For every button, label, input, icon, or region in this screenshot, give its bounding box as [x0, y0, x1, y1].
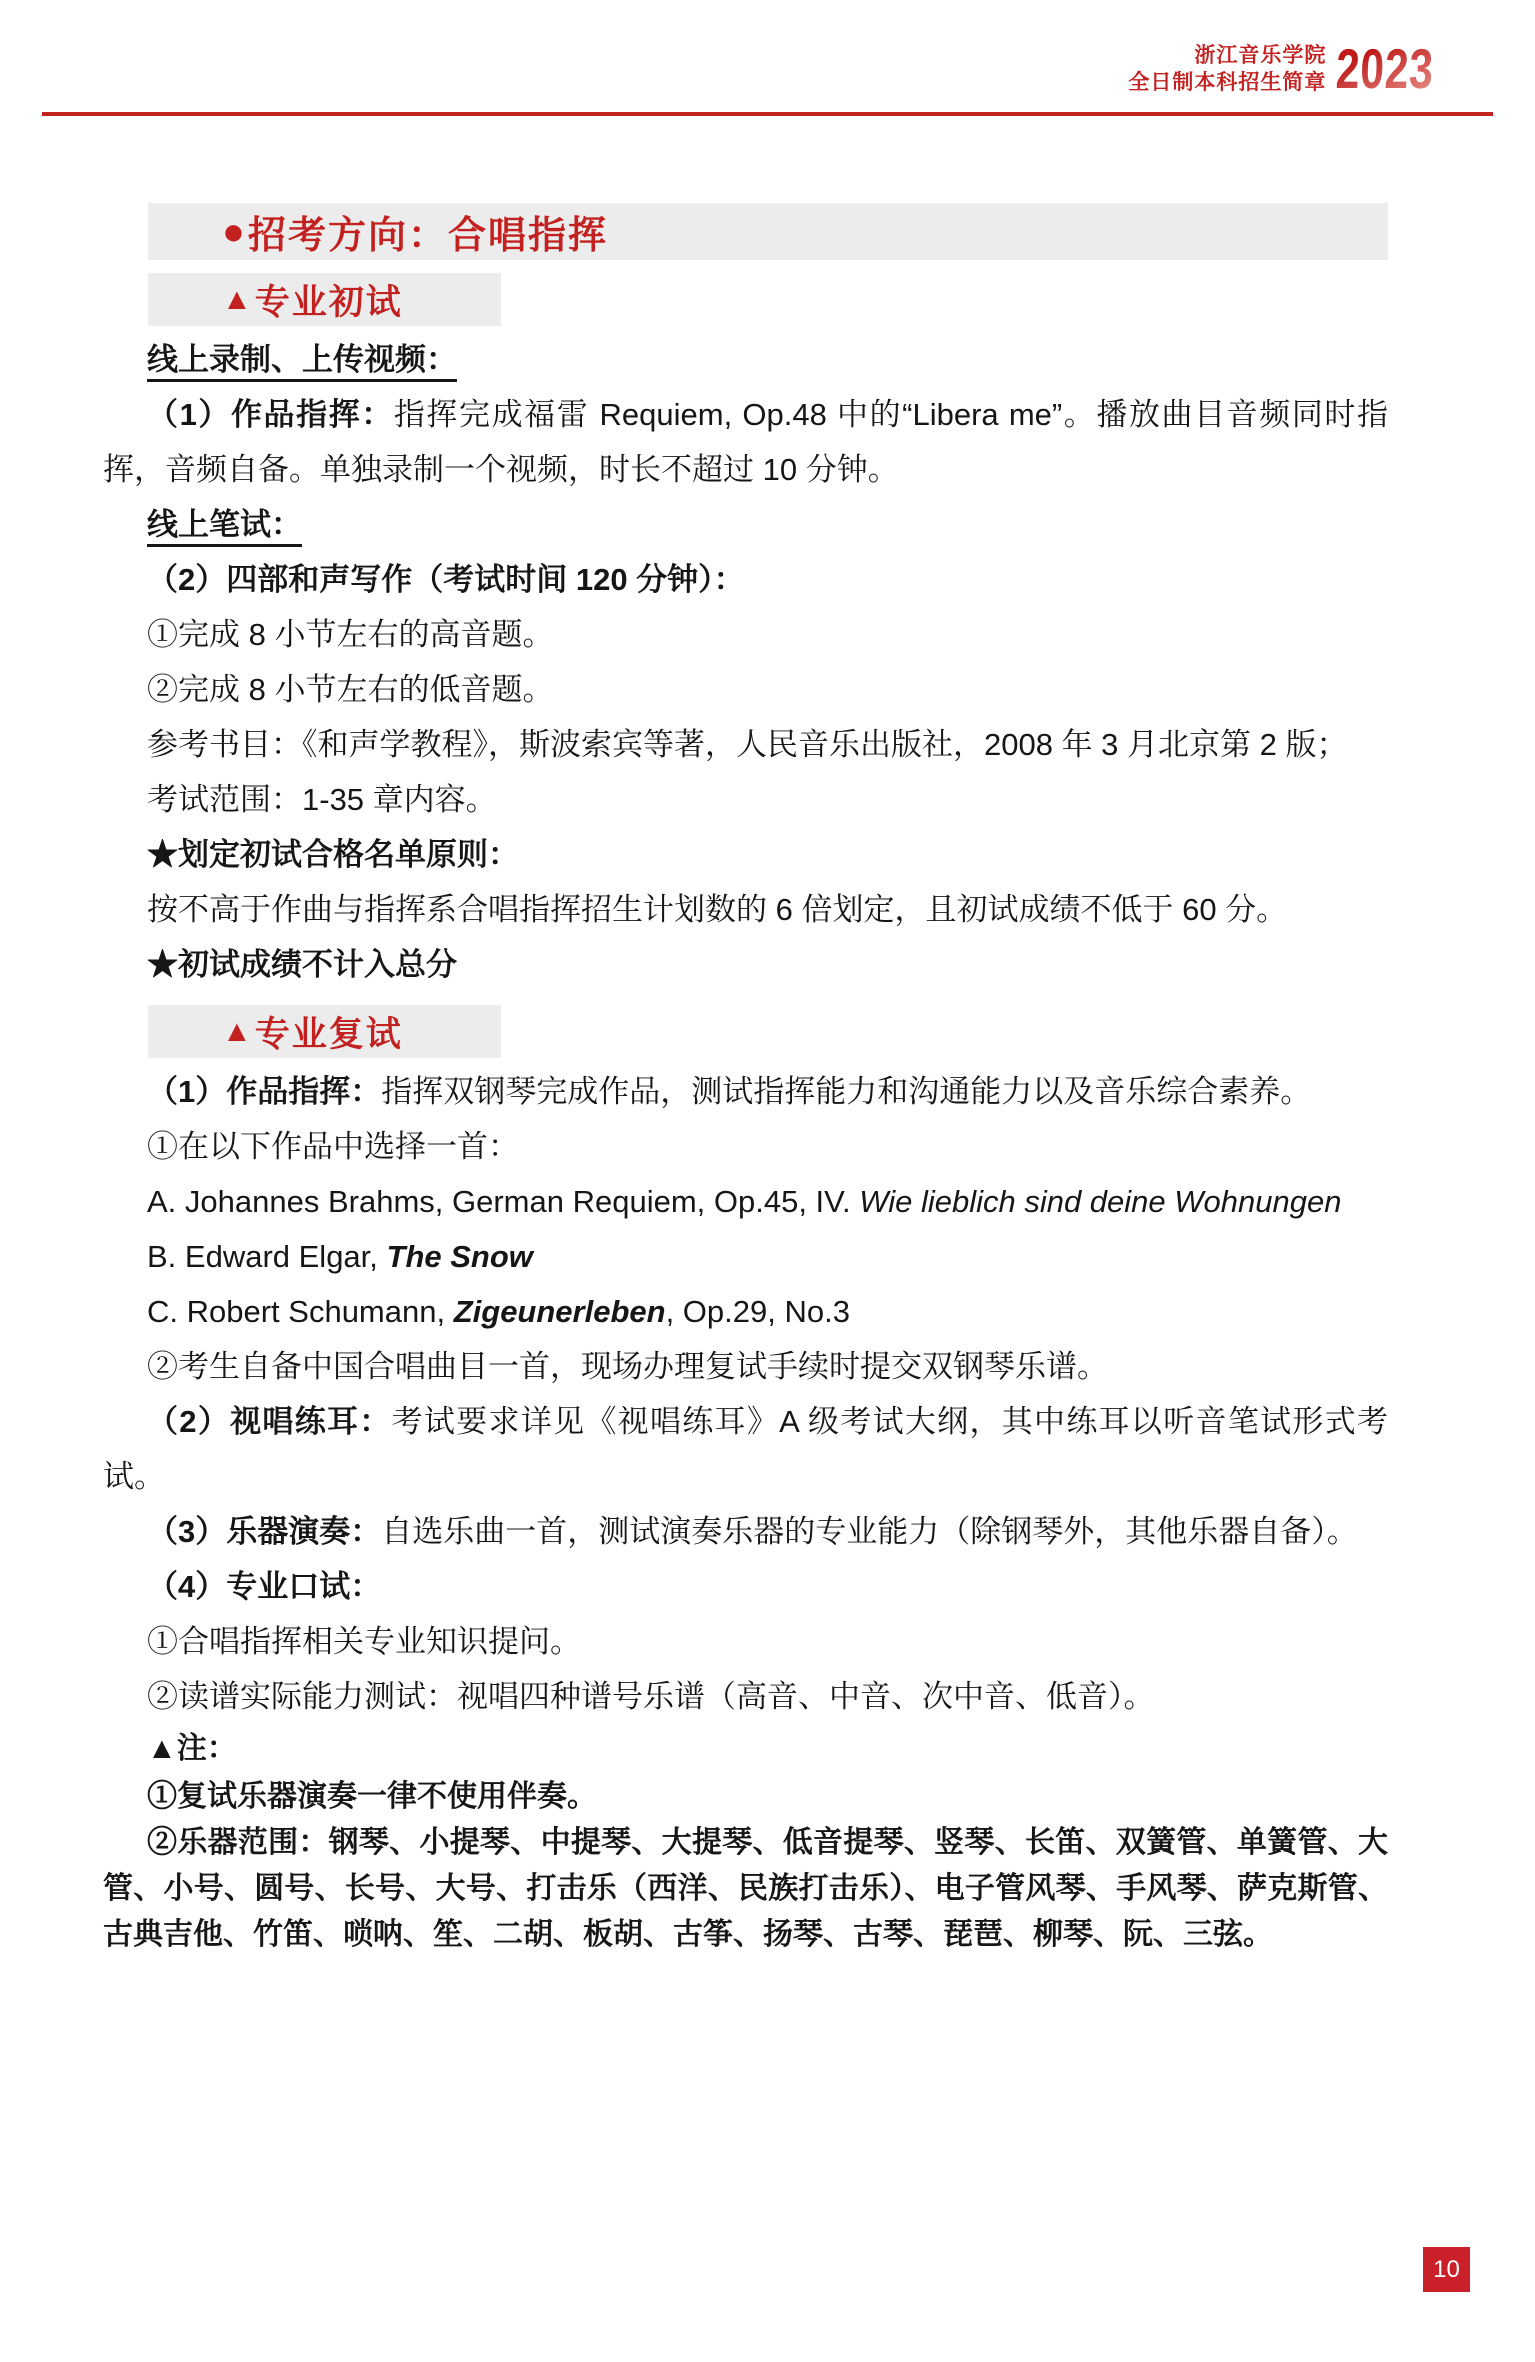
text-run: ②考生自备中国合唱曲目一首，现场办理复试手续时提交双钢琴乐谱。	[147, 1349, 1108, 1384]
text-run: C. Robert Schumann,	[147, 1294, 454, 1329]
header-org-line2: 全日制本科招生简章	[1128, 69, 1326, 96]
text-run: Zigeunerleben	[454, 1294, 666, 1329]
text-run: ②读谱实际能力测试：视唱四种谱号乐谱（高音、中音、次中音、低音）。	[147, 1679, 1155, 1714]
paragraph: （1）作品指挥：指挥双钢琴完成作品，测试指挥能力和沟通能力以及音乐综合素养。	[103, 1064, 1388, 1119]
paragraph: ①在以下作品中选择一首：	[103, 1119, 1388, 1174]
paragraph: 线上录制、上传视频：	[103, 332, 1388, 387]
section-final-exam: ▲ 专业复试 （1）作品指挥：指挥双钢琴完成作品，测试指挥能力和沟通能力以及音乐…	[103, 1005, 1388, 1958]
main-heading-title: 招考方向：合唱指挥	[248, 204, 608, 259]
paragraph: ②乐器范围：钢琴、小提琴、中提琴、大提琴、低音提琴、竖琴、长笛、双簧管、单簧管、…	[103, 1820, 1388, 1958]
document-body: ● 招考方向：合唱指挥 ▲ 专业初试 线上录制、上传视频：（1）作品指挥：指挥完…	[103, 203, 1388, 1958]
paragraph: （3）乐器演奏：自选乐曲一首，测试演奏乐器的专业能力（除钢琴外，其他乐器自备）。	[103, 1504, 1388, 1559]
paragraph: （4）专业口试：	[103, 1559, 1388, 1614]
paragraph: C. Robert Schumann, Zigeunerleben, Op.29…	[103, 1284, 1388, 1339]
text-run: （1）作品指挥：	[147, 397, 394, 432]
text-run: B. Edward Elgar,	[147, 1239, 387, 1274]
page-header: 浙江音乐学院 全日制本科招生简章 2023	[1128, 42, 1465, 96]
text-run: 线上录制、上传视频：	[147, 342, 457, 377]
text-run: 参考书目：《和声学教程》，斯波索宾等著，人民音乐出版社，2008 年 3 月北京…	[147, 727, 1348, 762]
text-run: 按不高于作曲与指挥系合唱指挥招生计划数的 6 倍划定，且初试成绩不低于 60 分…	[147, 892, 1287, 927]
section-paragraphs: （1）作品指挥：指挥双钢琴完成作品，测试指挥能力和沟通能力以及音乐综合素养。①在…	[103, 1064, 1388, 1958]
paragraph: ①复试乐器演奏一律不使用伴奏。	[103, 1774, 1388, 1820]
main-heading-bar: ● 招考方向：合唱指挥	[148, 203, 1388, 260]
paragraph: （2）视唱练耳：考试要求详见《视唱练耳》A 级考试大纲，其中练耳以听音笔试形式考…	[103, 1394, 1388, 1504]
section-title: 专业初试	[255, 275, 403, 325]
text-run: , Op.29, No.3	[666, 1294, 850, 1329]
document-page: 浙江音乐学院 全日制本科招生简章 2023 ● 招考方向：合唱指挥 ▲ 专业初试…	[0, 0, 1535, 2362]
paragraph: 参考书目：《和声学教程》，斯波索宾等著，人民音乐出版社，2008 年 3 月北京…	[103, 717, 1388, 772]
text-run: ★初试成绩不计入总分	[147, 947, 457, 982]
text-run: ▲注：	[147, 1732, 237, 1765]
text-run: The Snow	[387, 1239, 533, 1274]
text-run: ★划定初试合格名单原则：	[147, 837, 519, 872]
text-run: ②完成 8 小节左右的低音题。	[147, 672, 553, 707]
paragraph: ②完成 8 小节左右的低音题。	[103, 662, 1388, 717]
text-run: ①合唱指挥相关专业知识提问。	[147, 1624, 581, 1659]
triangle-icon: ▲	[222, 285, 252, 315]
text-run: 考试范围：1-35 章内容。	[147, 782, 497, 817]
paragraph: ②考生自备中国合唱曲目一首，现场办理复试手续时提交双钢琴乐谱。	[103, 1339, 1388, 1394]
text-run: 线上笔试：	[147, 507, 302, 542]
section-preliminary-exam: ▲ 专业初试 线上录制、上传视频：（1）作品指挥：指挥完成福雷 Requiem,…	[103, 273, 1388, 992]
header-year: 2023	[1335, 43, 1435, 95]
header-divider-rule	[42, 112, 1493, 116]
paragraph: ②读谱实际能力测试：视唱四种谱号乐谱（高音、中音、次中音、低音）。	[103, 1669, 1388, 1724]
text-run: （4）专业口试：	[147, 1569, 381, 1604]
text-run: ②乐器范围：钢琴、小提琴、中提琴、大提琴、低音提琴、竖琴、长笛、双簧管、单簧管、…	[103, 1826, 1388, 1951]
text-run: 自选乐曲一首，测试演奏乐器的专业能力（除钢琴外，其他乐器自备）。	[381, 1514, 1358, 1549]
section-paragraphs: 线上录制、上传视频：（1）作品指挥：指挥完成福雷 Requiem, Op.48 …	[103, 332, 1388, 992]
text-run: （1）作品指挥：	[147, 1074, 381, 1109]
paragraph: ★划定初试合格名单原则：	[103, 827, 1388, 882]
header-org-line1: 浙江音乐学院	[1128, 42, 1326, 69]
paragraph: 按不高于作曲与指挥系合唱指挥招生计划数的 6 倍划定，且初试成绩不低于 60 分…	[103, 882, 1388, 937]
section-title: 专业复试	[255, 1007, 403, 1057]
header-org-name: 浙江音乐学院 全日制本科招生简章	[1128, 42, 1326, 96]
text-run: ①完成 8 小节左右的高音题。	[147, 617, 553, 652]
paragraph: ①完成 8 小节左右的高音题。	[103, 607, 1388, 662]
triangle-icon: ▲	[222, 1017, 252, 1047]
text-run: （2）视唱练耳：	[147, 1404, 392, 1439]
paragraph: ①合唱指挥相关专业知识提问。	[103, 1614, 1388, 1669]
section-heading-bar: ▲ 专业初试	[148, 273, 501, 326]
paragraph: ▲注：	[103, 1724, 1388, 1774]
paragraph: A. Johannes Brahms, German Requiem, Op.4…	[103, 1174, 1388, 1229]
paragraph: B. Edward Elgar, The Snow	[103, 1229, 1388, 1284]
text-run: ①在以下作品中选择一首：	[147, 1129, 519, 1164]
text-run: Wie lieblich sind deine Wohnungen	[859, 1184, 1341, 1219]
bullet-icon: ●	[222, 213, 245, 251]
paragraph: 考试范围：1-35 章内容。	[103, 772, 1388, 827]
section-heading-bar: ▲ 专业复试	[148, 1005, 501, 1058]
text-run: A. Johannes Brahms, German Requiem, Op.4…	[147, 1184, 859, 1219]
paragraph: （2）四部和声写作（考试时间 120 分钟）：	[103, 552, 1388, 607]
paragraph: （1）作品指挥：指挥完成福雷 Requiem, Op.48 中的“Libera …	[103, 387, 1388, 497]
text-run: （2）四部和声写作（考试时间 120 分钟）：	[147, 562, 745, 597]
text-run: ①复试乐器演奏一律不使用伴奏。	[147, 1780, 597, 1813]
text-run: 指挥双钢琴完成作品，测试指挥能力和沟通能力以及音乐综合素养。	[381, 1074, 1311, 1109]
paragraph: 线上笔试：	[103, 497, 1388, 552]
text-run: （3）乐器演奏：	[147, 1514, 381, 1549]
page-number-badge: 10	[1423, 2247, 1470, 2292]
paragraph: ★初试成绩不计入总分	[103, 937, 1388, 992]
